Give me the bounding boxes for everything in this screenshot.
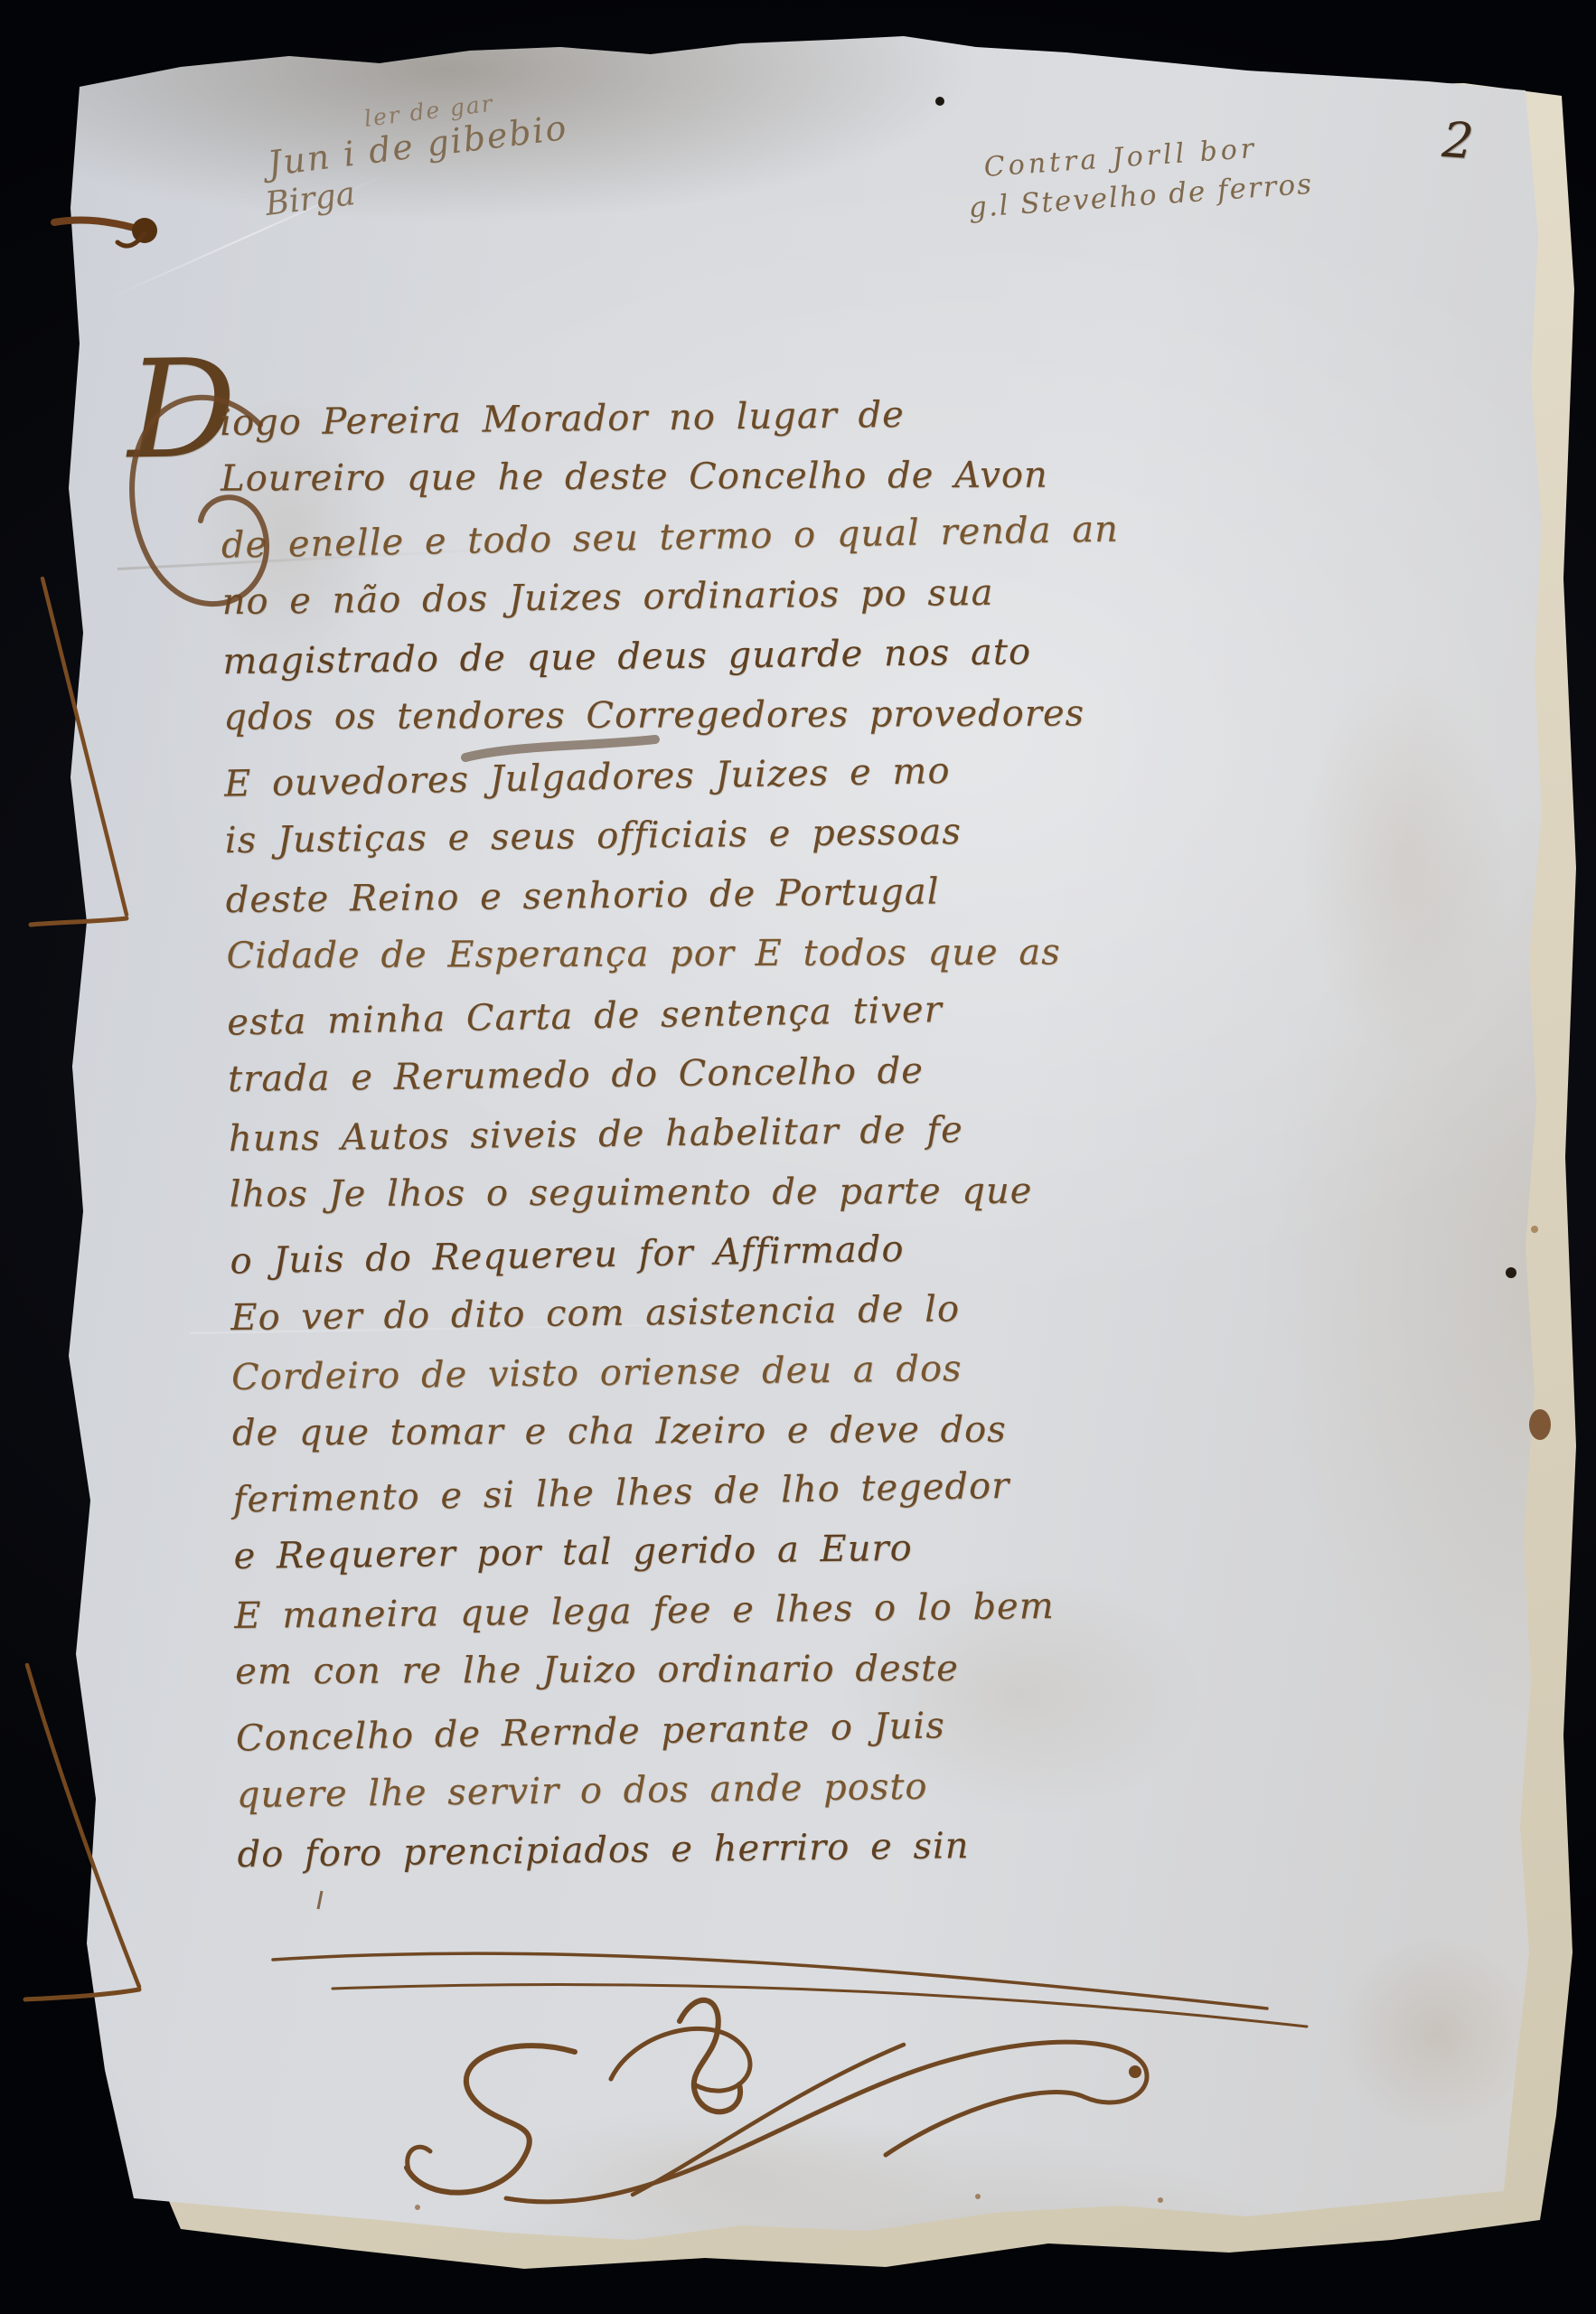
manuscript-line: Cordeiro de visto oriense deu a dos: [231, 1344, 1281, 1416]
paper-stain: [1338, 1934, 1536, 2133]
paper-stain: [1301, 669, 1509, 1058]
folio-number: 2: [1441, 111, 1476, 170]
photo-scene: ler de gar Jun i de gibebio Birga Contra…: [0, 0, 1596, 2314]
manuscript-line: E maneira que lega fee e lhes o lo bem: [234, 1583, 1283, 1655]
manuscript-line: Diogo Pereira Morador no lugar de: [220, 390, 1269, 462]
manuscript-page: ler de gar Jun i de gibebio Birga Contra…: [0, 0, 1596, 2314]
manuscript-line: magistrado de que deus guarde nos ato: [222, 628, 1272, 701]
manuscript-line: deste Reino e senhorio de Portugal: [225, 867, 1274, 939]
paper-stain: [488, 2106, 958, 2233]
manuscript-text-block: Diogo Pereira Morador no lugar de Lourei…: [220, 390, 1286, 1894]
manuscript-line: huns Autos siveis de habelitar de fe: [229, 1105, 1278, 1178]
